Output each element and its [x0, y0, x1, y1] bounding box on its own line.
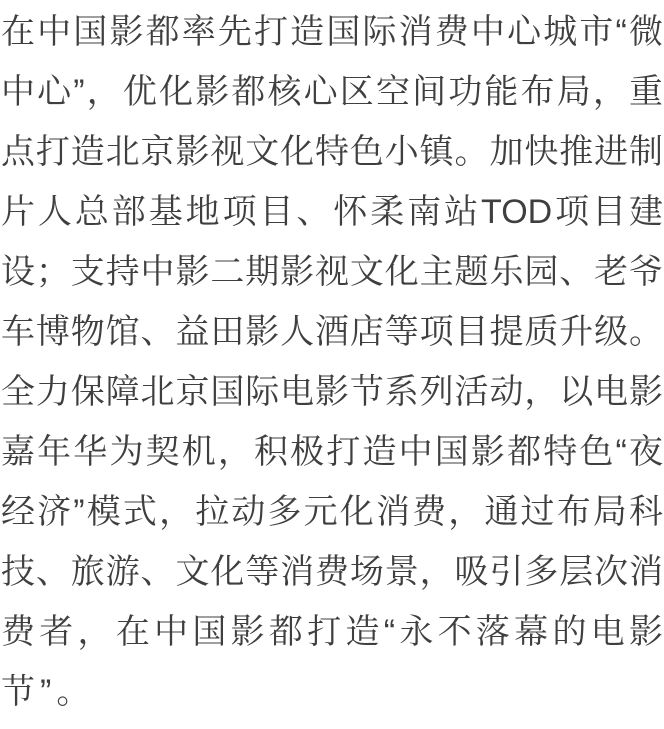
- text-line: 技、旅游、文化等消费场景，吸引多层次消: [1, 542, 663, 602]
- text-line: 在中国影都率先打造国际消费中心城市“微: [1, 2, 663, 62]
- text-line: 节”。: [1, 662, 663, 722]
- text-line: 片人总部基地项目、怀柔南站TOD项目建: [1, 182, 663, 242]
- text-line: 中心”，优化影都核心区空间功能布局，重: [1, 62, 663, 122]
- text-line: 费者，在中国影都打造“永不落幕的电影: [1, 602, 663, 662]
- document-page: 在中国影都率先打造国际消费中心城市“微 中心”，优化影都核心区空间功能布局，重 …: [0, 0, 664, 729]
- text-line: 点打造北京影视文化特色小镇。加快推进制: [1, 122, 663, 182]
- text-line: 经济”模式，拉动多元化消费，通过布局科: [1, 482, 663, 542]
- text-line: 全力保障北京国际电影节系列活动，以电影: [1, 362, 663, 422]
- text-line: 嘉年华为契机，积极打造中国影都特色“夜: [1, 422, 663, 482]
- text-line: 车博物馆、益田影人酒店等项目提质升级。: [1, 302, 663, 362]
- text-line: 设；支持中影二期影视文化主题乐园、老爷: [1, 242, 663, 302]
